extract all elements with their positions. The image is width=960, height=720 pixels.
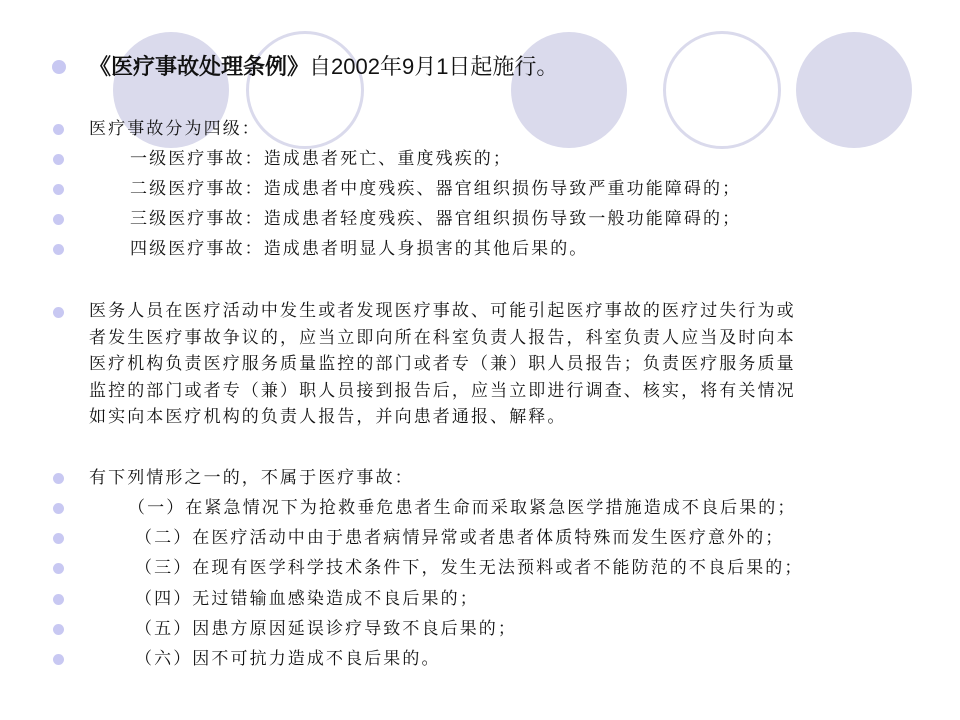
exclusion-item-text: （一）在紧急情况下为抢救垂危患者生命而采取紧急医学措施造成不良后果的； (128, 493, 797, 523)
effective-date-text: 自2002年9月1日起施行。 (309, 54, 558, 79)
paragraph-line: 者发生医疗事故争议的，应当立即向所在科室负责人报告，科室负责人应当及时向本 (89, 325, 889, 352)
exclusion-item-text: （三）在现有医学科学技术条件下，发生无法预料或者不能防范的不良后果的； (135, 553, 804, 583)
decor-circle-outline-2 (663, 31, 781, 149)
bullet-icon (53, 184, 64, 195)
exclusion-item-text: （二）在医疗活动中由于患者病情异常或者患者体质特殊而发生医疗意外的； (135, 523, 784, 553)
regulation-name: 《医疗事故处理条例》 (89, 54, 309, 79)
exclusion-item-text: （四）无过错输血感染造成不良后果的； (135, 584, 479, 614)
bullet-icon (53, 503, 64, 514)
grades-heading: 医疗事故分为四级： (89, 114, 261, 144)
paragraph-line: 医疗机构负责医疗服务质量监控的部门或者专（兼）职人员报告；负责医疗服务质量 (89, 351, 889, 378)
bullet-icon (53, 154, 64, 165)
bullet-icon (52, 60, 66, 74)
exclusions-heading: 有下列情形之一的，不属于医疗事故： (89, 463, 414, 493)
bullet-icon (53, 533, 64, 544)
bullet-icon (53, 214, 64, 225)
grade-item-text: 四级医疗事故：造成患者明显人身损害的其他后果的。 (130, 234, 588, 264)
bullet-icon (53, 654, 64, 665)
paragraph-line: 监控的部门或者专（兼）职人员接到报告后，应当立即进行调查、核实，将有关情况 (89, 378, 889, 405)
exclusion-item-text: （六）因不可抗力造成不良后果的。 (135, 644, 441, 674)
decor-circle-filled-3 (796, 32, 912, 148)
bullet-icon (53, 624, 64, 635)
grade-item-text: 二级医疗事故：造成患者中度残疾、器官组织损伤导致严重功能障碍的； (130, 174, 741, 204)
bullet-icon (53, 563, 64, 574)
title-text: 《医疗事故处理条例》自2002年9月1日起施行。 (89, 47, 558, 87)
bullet-icon (53, 594, 64, 605)
grade-item-text: 三级医疗事故：造成患者轻度残疾、器官组织损伤导致一般功能障碍的； (130, 204, 741, 234)
exclusion-item-text: （五）因患方原因延误诊疗导致不良后果的； (135, 614, 517, 644)
bullet-icon (53, 473, 64, 484)
bullet-icon (53, 124, 64, 135)
grade-item-text: 一级医疗事故：造成患者死亡、重度残疾的； (130, 144, 512, 174)
bullet-icon (53, 244, 64, 255)
bullet-icon (53, 307, 64, 318)
paragraph-line: 医务人员在医疗活动中发生或者发现医疗事故、可能引起医疗事故的医疗过失行为或 (89, 298, 889, 325)
paragraph-line: 如实向本医疗机构的负责人报告，并向患者通报、解释。 (89, 404, 889, 431)
reporting-paragraph: 医务人员在医疗活动中发生或者发现医疗事故、可能引起医疗事故的医疗过失行为或 者发… (89, 298, 889, 431)
